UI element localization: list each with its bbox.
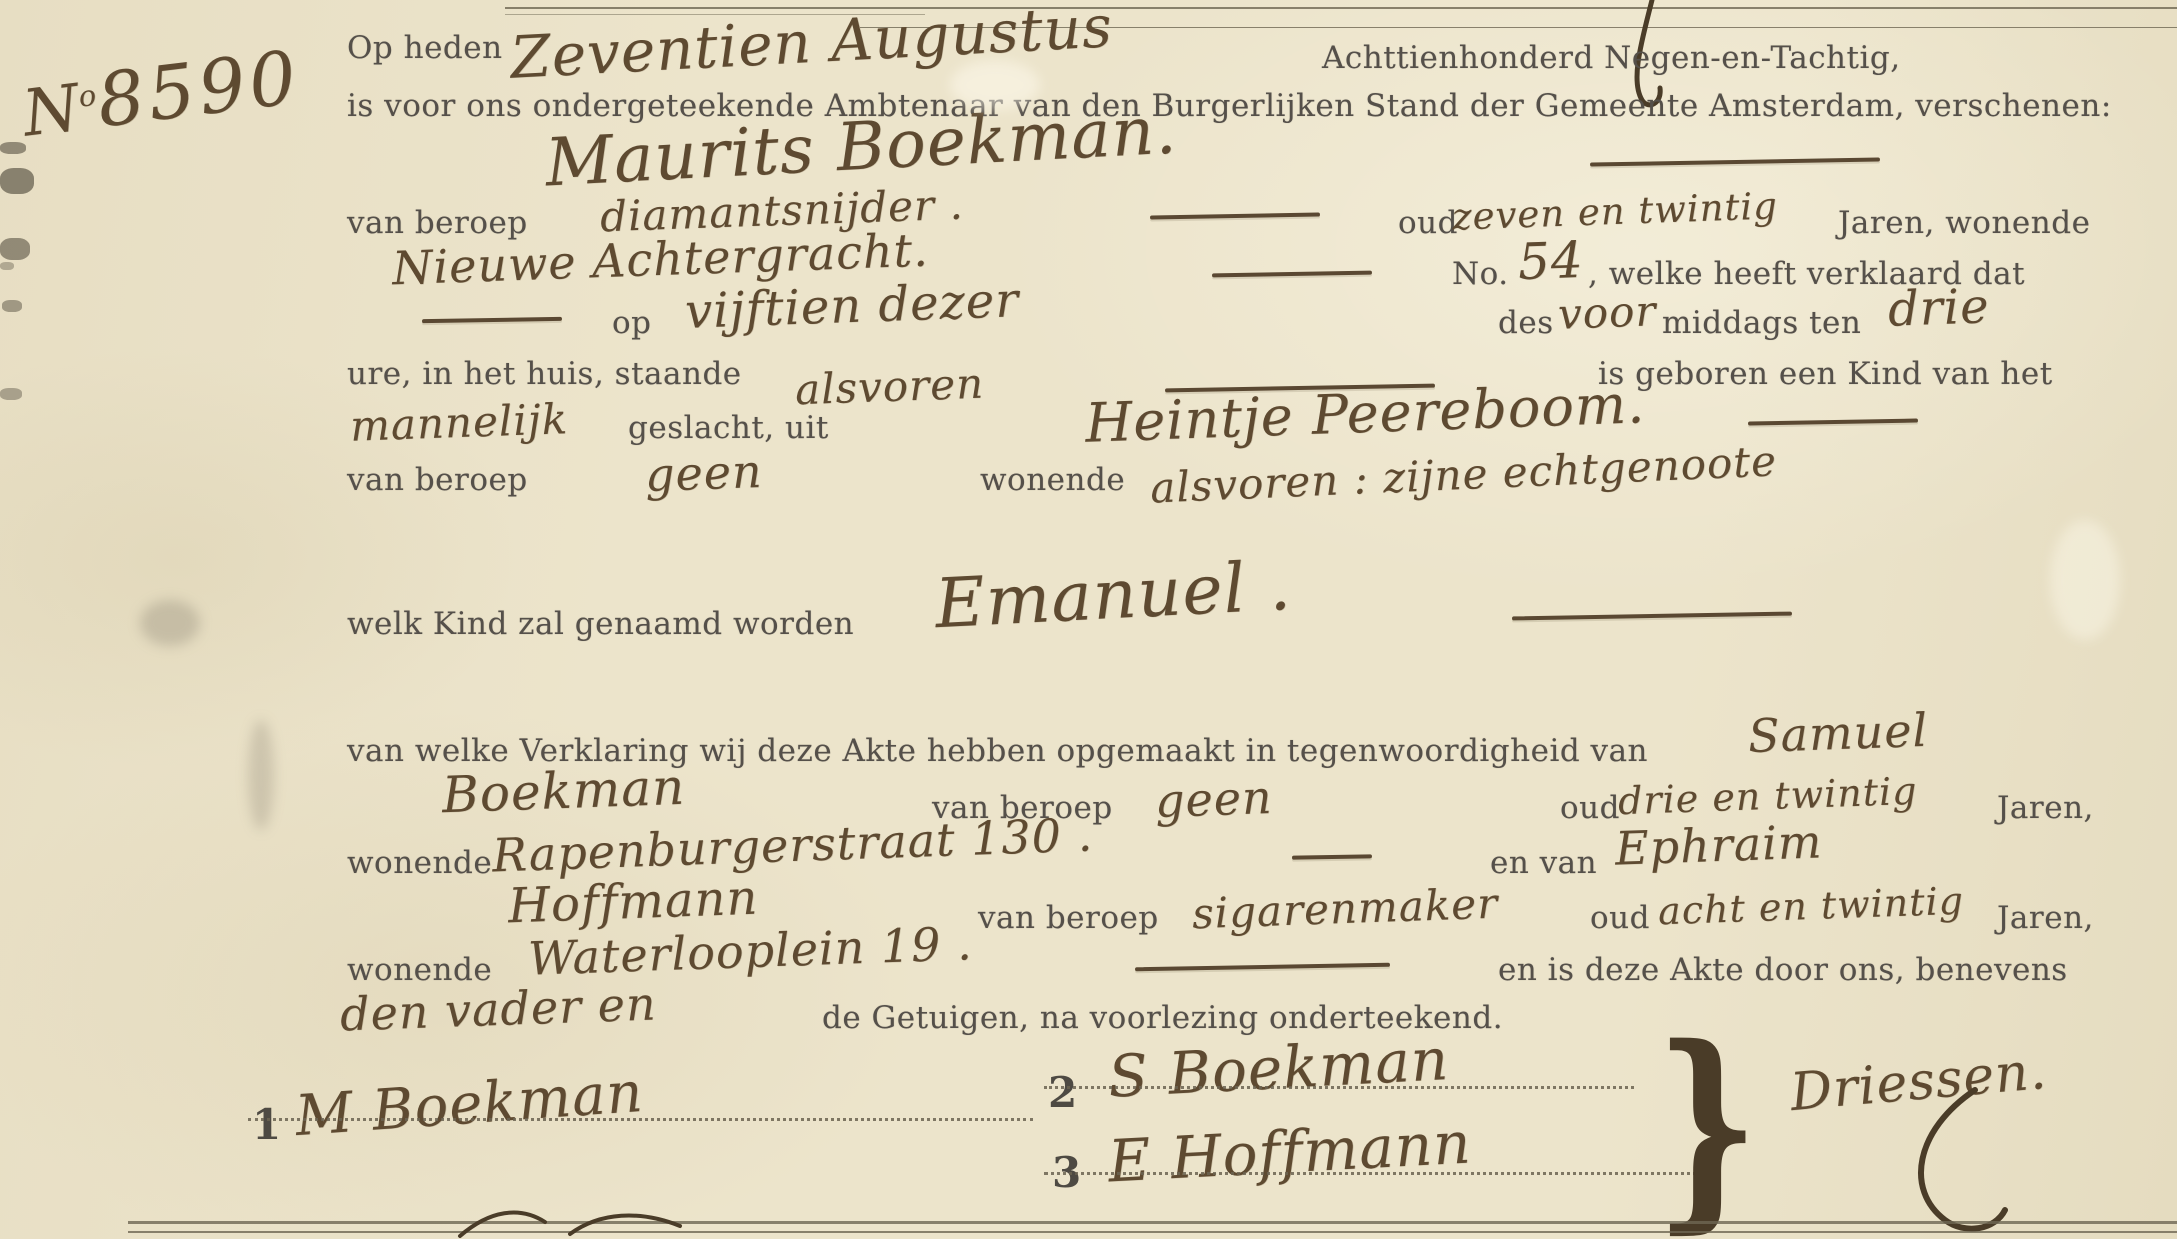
bleedthrough-mark [0, 262, 14, 270]
bleedthrough-mark [0, 168, 34, 194]
label-des: des [1498, 305, 1554, 341]
label-op-heden: Op heden [347, 30, 503, 66]
filler-dash [1135, 963, 1390, 971]
birth-certificate-scan: No8590 Op heden Zeventien Augustus Achtt… [0, 0, 2177, 1239]
label-year: Achttienhonderd Negen-en-Tachtig, [1322, 40, 1901, 76]
entry-mother-name: Heintje Peereboom. [1084, 372, 1646, 455]
label-ure: ure, in het huis, staande [347, 356, 742, 392]
label-child: welk Kind zal genaamd worden [347, 606, 854, 642]
label-oud-1: oud [1398, 205, 1458, 241]
label-w2-jaren: Jaren, [1997, 900, 2094, 936]
label-w2-beroep: van beroep [978, 900, 1159, 936]
entry-hour: drie [1887, 278, 1990, 338]
next-record-writing-peek [450, 1200, 710, 1239]
filler-dash [1748, 419, 1918, 426]
entry-w1-beroep: geen [1154, 770, 1273, 828]
signature-father: M Boekman [293, 1060, 645, 1149]
label-jaren-wonende: Jaren, wonende [1838, 205, 2090, 241]
entry-age: zeven en twintig [1451, 184, 1778, 238]
record-number: No8590 [18, 35, 305, 153]
label-op: op [612, 305, 652, 341]
label-van-beroep-2: van beroep [347, 462, 528, 498]
paper-stain [248, 720, 274, 830]
label-w1-oud: oud [1560, 790, 1620, 826]
bottom-rule-1 [128, 1221, 2177, 1224]
label-w1-jaren: Jaren, [1997, 790, 2094, 826]
entry-gender: mannelijk [349, 394, 569, 451]
label-wonende-2: wonende [347, 845, 492, 881]
filler-dash [1292, 854, 1372, 859]
bleedthrough-mark [0, 388, 22, 400]
top-rule-1 [505, 7, 2177, 9]
entry-closing-written: den vader en [339, 976, 657, 1041]
paper-stain [140, 600, 200, 646]
entry-birth-day: vijftien dezer [684, 272, 1020, 340]
paper-stain [950, 60, 1040, 110]
entry-daypart: voor [1557, 286, 1657, 338]
filler-dash [1150, 213, 1320, 220]
signature-line-1 [248, 1118, 1033, 1121]
entry-witness1-first: Samuel [1747, 703, 1929, 763]
filler-dash [1512, 612, 1792, 621]
signature-witness1: S Boekman [1106, 1025, 1450, 1111]
paper-stain [2050, 520, 2120, 640]
label-w2-oud: oud [1590, 900, 1650, 936]
bleedthrough-mark [0, 238, 30, 260]
filler-dash [1212, 271, 1372, 278]
label-wonende-1: wonende [980, 462, 1125, 498]
filler-dash [1590, 157, 1880, 166]
entry-witness1-last: Boekman [441, 758, 686, 824]
label-geslacht: geslacht, uit [628, 410, 829, 446]
entry-w2-age: acht en twintig [1657, 879, 1964, 934]
filler-dash [422, 317, 562, 323]
entry-mother-beroep: geen [644, 444, 763, 502]
bleedthrough-mark [0, 142, 26, 154]
label-en-van: en van [1490, 845, 1597, 881]
entry-witness2-first: Ephraim [1614, 814, 1823, 875]
entry-child-name: Emanuel . [933, 547, 1293, 645]
label-intro: is voor ons ondergeteekende Ambtenaar va… [347, 88, 2112, 124]
entry-w1-age: drie en twintig [1617, 769, 1918, 823]
label-geboren: is geboren een Kind van het [1598, 356, 2053, 392]
signature-line-3 [1044, 1172, 1704, 1175]
signature-line-2 [1044, 1086, 1634, 1089]
entry-house-number: 54 [1517, 231, 1585, 291]
entry-w2-beroep: sigarenmaker [1191, 879, 1499, 939]
registrar-signature-flourish [1855, 1090, 2075, 1239]
label-no: No. [1452, 256, 1509, 292]
signature-witness2: E Hoffmann [1106, 1109, 1473, 1196]
signature-number-1: 1 [252, 1100, 281, 1149]
signature-number-2: 2 [1048, 1068, 1077, 1117]
label-closing-a: en is deze Akte door ons, benevens [1498, 952, 2068, 988]
bleedthrough-mark [2, 300, 22, 312]
label-middags: middags ten [1662, 305, 1861, 341]
signature-brace: } [1655, 1018, 1759, 1233]
label-van-beroep-1: van beroep [347, 205, 528, 241]
entry-birth-place: alsvoren [794, 359, 985, 415]
bottom-rule-2 [128, 1231, 2177, 1233]
